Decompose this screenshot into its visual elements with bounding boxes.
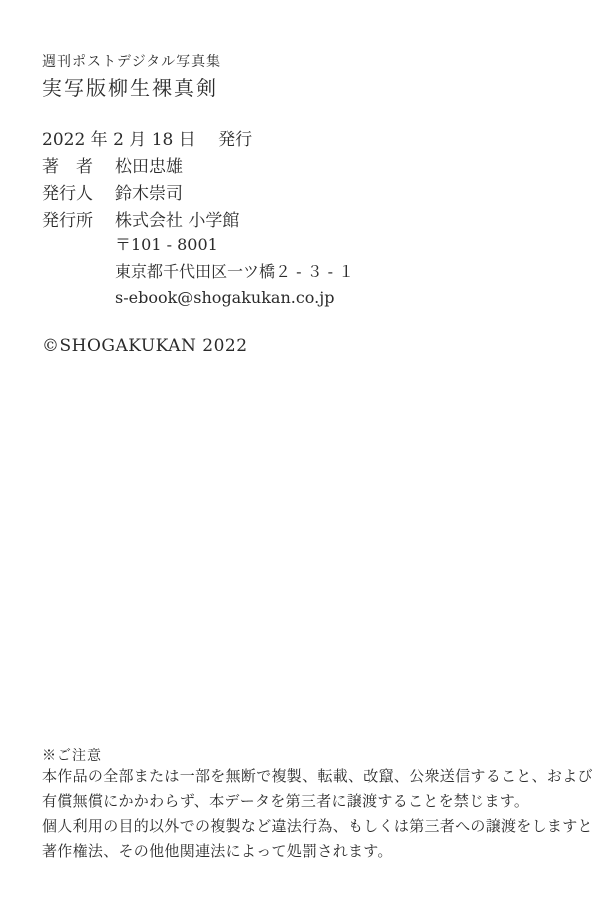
publication-info: 2022 年 2 月 18 日 発行 著 者 松田忠雄 発行人 鈴木崇司 発行所…	[42, 127, 252, 235]
notice-line: 著作権法、その他他関連法によって処罰されます。	[42, 839, 593, 864]
author-row: 著 者 松田忠雄	[42, 154, 252, 181]
colophon-page: 週刊ポストデジタル写真集 実写版柳生裸真剣 2022 年 2 月 18 日 発行…	[0, 0, 600, 901]
notice-body: 本作品の全部または一部を無断で複製、転載、改竄、公衆送信すること、および 有償無…	[42, 764, 593, 864]
publisher-company-row: 発行所 株式会社 小学館	[42, 208, 252, 235]
street-address: 東京都千代田区一ツ橋２ - ３ - １	[115, 259, 354, 286]
copyright-line: ©SHOGAKUKAN 2022	[42, 336, 248, 356]
notice-line: 本作品の全部または一部を無断で複製、転載、改竄、公衆送信すること、および	[42, 764, 593, 789]
notice-heading: ※ご注意	[42, 745, 102, 765]
publication-date: 2022 年 2 月 18 日 発行	[42, 127, 252, 154]
author-name: 松田忠雄	[115, 154, 183, 181]
notice-line: 個人利用の目的以外での複製など違法行為、もしくは第三者への譲渡をしますと	[42, 814, 593, 839]
publisher-company-name: 株式会社 小学館	[115, 208, 239, 235]
postal-code: 〒101 - 8001	[115, 232, 354, 259]
publisher-person-label: 発行人	[42, 181, 115, 208]
contact-email: s-ebook@shogakukan.co.jp	[115, 285, 354, 312]
notice-line: 有償無償にかかわらず、本データを第三者に譲渡することを禁じます。	[42, 789, 593, 814]
publisher-address: 〒101 - 8001 東京都千代田区一ツ橋２ - ３ - １ s-ebook@…	[115, 232, 354, 312]
series-name: 週刊ポストデジタル写真集	[42, 51, 221, 71]
author-label: 著 者	[42, 154, 115, 181]
publication-date-line: 2022 年 2 月 18 日 発行	[42, 127, 252, 154]
book-title: 実写版柳生裸真剣	[42, 72, 218, 101]
publisher-person-row: 発行人 鈴木崇司	[42, 181, 252, 208]
publisher-company-label: 発行所	[42, 208, 115, 235]
publisher-person-name: 鈴木崇司	[115, 181, 183, 208]
